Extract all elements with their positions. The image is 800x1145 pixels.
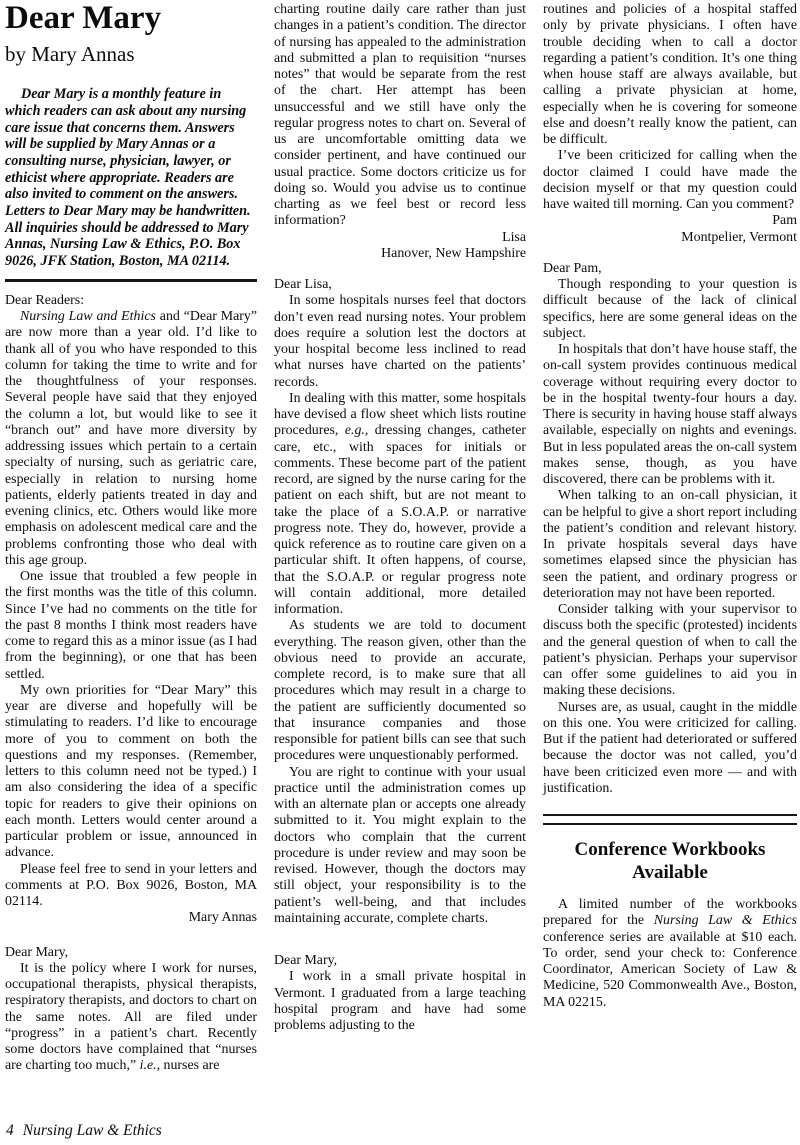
text-run: One issue that troubled a few people in … — [5, 569, 257, 682]
signature-line: Pam — [543, 213, 797, 229]
page-footer: 4Nursing Law & Ethics — [6, 1122, 162, 1140]
paragraph: You are right to continue with your usua… — [274, 765, 526, 928]
paragraph: routines and policies of a hospital staf… — [543, 2, 797, 148]
text-run: As students we are told to document ever… — [274, 618, 526, 763]
salutation: Dear Mary, — [5, 945, 257, 961]
text-run: My own priorities for “Dear Mary” this y… — [5, 683, 257, 861]
signature-block: LisaHanover, New Hampshire — [274, 230, 526, 263]
paragraph: In dealing with this matter, some hospit… — [274, 391, 526, 619]
column-left: Dear Maryby Mary AnnasDear Mary is a mon… — [5, 2, 257, 1075]
text-run: Please feel free to send in your letters… — [5, 862, 257, 910]
paragraph: One issue that troubled a few people in … — [5, 569, 257, 683]
text-run: Nurses are, as usual, caught in the midd… — [543, 700, 797, 796]
signature-line: Hanover, New Hampshire — [274, 246, 526, 262]
article-title: Dear Mary — [5, 2, 257, 35]
text-run: I work in a small private hospital in Ve… — [274, 969, 526, 1033]
column-right: routines and policies of a hospital staf… — [543, 2, 797, 1075]
text-run: Consider talking with your supervisor to… — [543, 602, 797, 698]
magazine-page: Dear Maryby Mary AnnasDear Mary is a mon… — [0, 0, 800, 1075]
column-middle: charting routine daily care rather than … — [274, 2, 526, 1075]
paragraph: Consider talking with your supervisor to… — [543, 602, 797, 700]
signature-line: Lisa — [274, 230, 526, 246]
text-run: conference series are available at $10 e… — [543, 930, 797, 1010]
paragraph: A limited number of the workbooks prepar… — [543, 897, 797, 1011]
paragraph: Please feel free to send in your letters… — [5, 862, 257, 911]
paragraph: Nursing Law and Ethics and “Dear Mary” a… — [5, 309, 257, 569]
text-run: and “Dear Mary” are now more than a year… — [5, 309, 257, 568]
salutation: Dear Pam, — [543, 261, 797, 277]
section-heading: Conference Workbooks Available — [563, 838, 777, 884]
text-run: I’ve been criticized for calling when th… — [543, 148, 797, 212]
signature-line: Montpelier, Vermont — [543, 230, 797, 246]
paragraph: charting routine daily care rather than … — [274, 2, 526, 230]
paragraph: It is the policy where I work for nurses… — [5, 961, 257, 1075]
text-run: In some hospitals nurses feel that docto… — [274, 293, 526, 389]
page-number: 4 — [6, 1122, 14, 1139]
text-run: dressing changes, catheter care, etc., w… — [274, 423, 526, 617]
text-run: In hospitals that don’t have house staff… — [543, 342, 797, 487]
salutation: Dear Lisa, — [274, 277, 526, 293]
journal-title: Nursing Law & Ethics — [23, 1122, 162, 1139]
text-run: i.e., — [140, 1058, 160, 1073]
text-run: It is the policy where I work for nurses… — [5, 961, 257, 1074]
paragraph: I work in a small private hospital in Ve… — [274, 969, 526, 1034]
paragraph: In hospitals that don’t have house staff… — [543, 342, 797, 488]
paragraph: I’ve been criticized for calling when th… — [543, 148, 797, 213]
text-run: Though responding to your question is di… — [543, 277, 797, 341]
text-run: nurses are — [160, 1058, 219, 1073]
text-run: e.g., — [345, 423, 369, 438]
paragraph: As students we are told to document ever… — [274, 618, 526, 764]
paragraph: When talking to an on-call physician, it… — [543, 488, 797, 602]
text-run: charting routine daily care rather than … — [274, 2, 526, 228]
salutation: Dear Readers: — [5, 293, 257, 309]
text-run: Nursing Law and Ethics — [20, 309, 156, 324]
signature-block: PamMontpelier, Vermont — [543, 213, 797, 246]
divider-rule — [5, 279, 257, 282]
paragraph: Though responding to your question is di… — [543, 277, 797, 342]
byline: by Mary Annas — [5, 43, 257, 66]
double-divider-rule — [543, 814, 797, 825]
paragraph: In some hospitals nurses feel that docto… — [274, 293, 526, 391]
text-run: routines and policies of a hospital staf… — [543, 2, 797, 147]
signature-line: Mary Annas — [5, 910, 257, 926]
text-run: Nursing Law & Ethics — [654, 913, 797, 928]
signature-block: Mary Annas — [5, 910, 257, 926]
paragraph: Nurses are, as usual, caught in the midd… — [543, 700, 797, 798]
salutation: Dear Mary, — [274, 953, 526, 969]
paragraph: My own priorities for “Dear Mary” this y… — [5, 683, 257, 862]
text-run: You are right to continue with your usua… — [274, 765, 526, 926]
intro-paragraph: Dear Mary is a monthly feature in which … — [5, 86, 257, 270]
text-run: When talking to an on-call physician, it… — [543, 488, 797, 601]
